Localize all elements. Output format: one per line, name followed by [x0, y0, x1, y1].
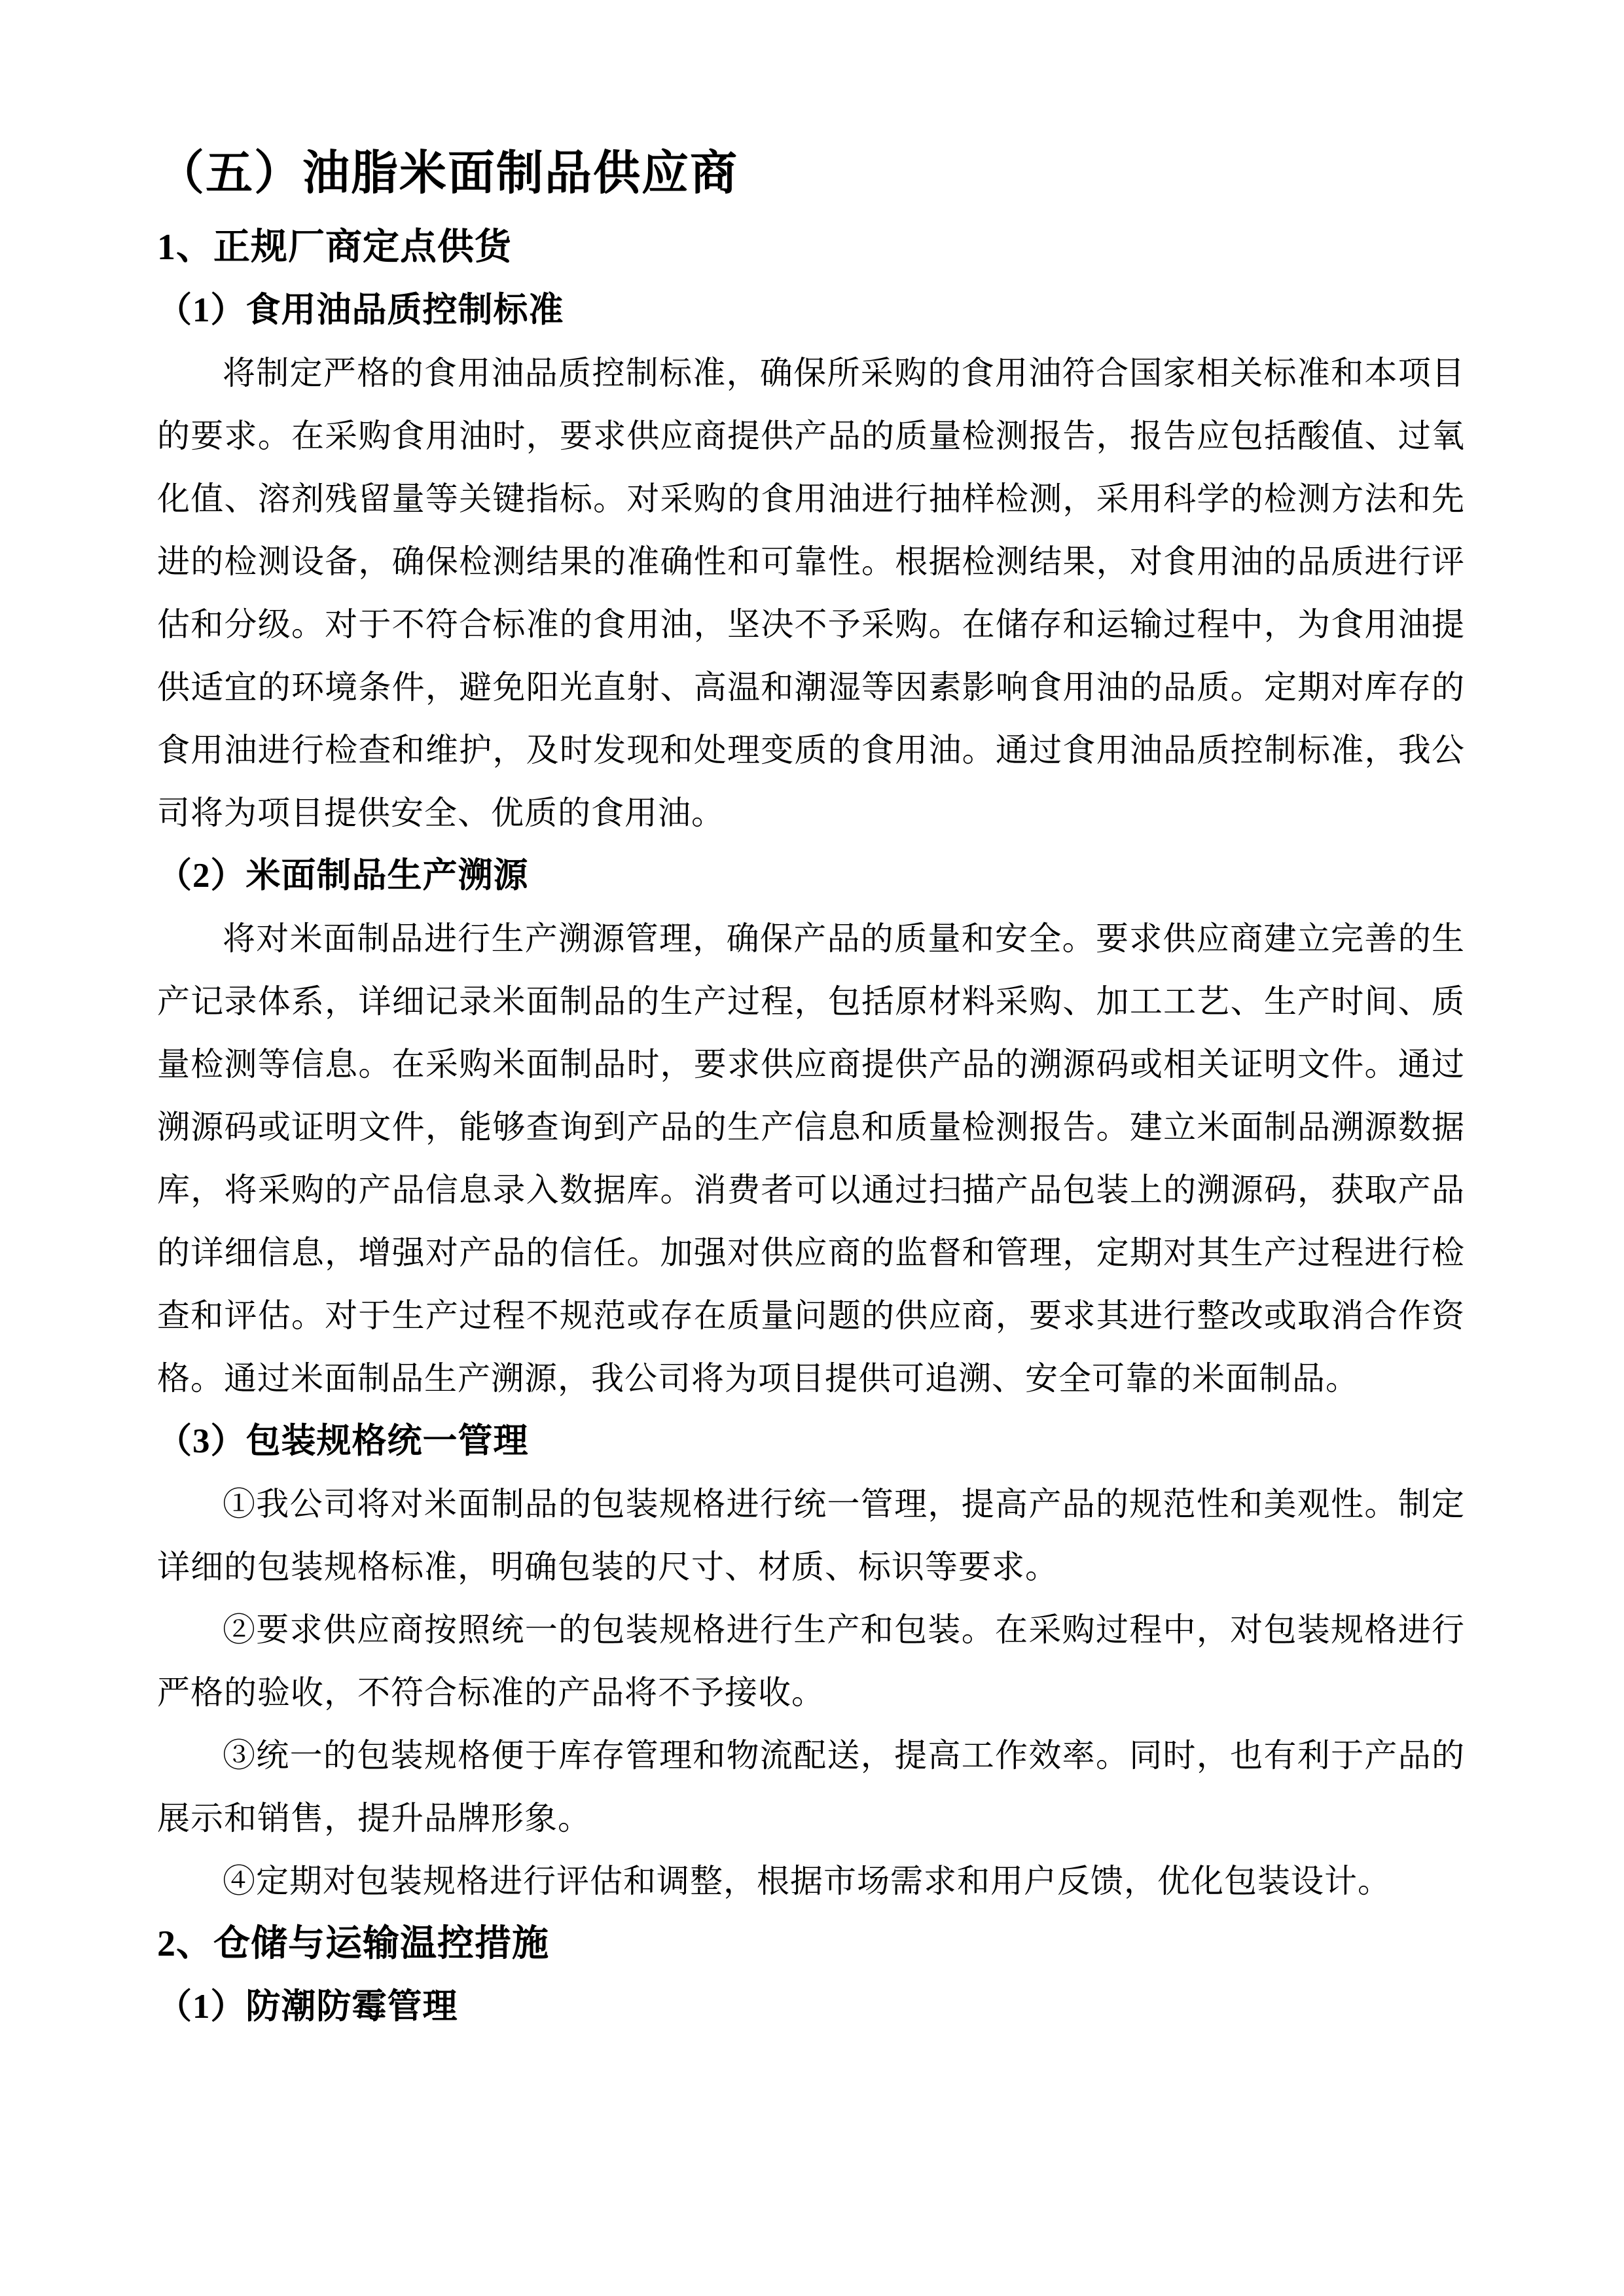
subsection-heading-oil-quality-standard: （1）食用油品质控制标准 [157, 279, 1465, 342]
paragraph-packaging-item-4: ④定期对包装规格进行评估和调整，根据市场需求和用户反馈，优化包装设计。 [157, 1850, 1465, 1912]
paragraph-packaging-item-3: ③统一的包装规格便于库存管理和物流配送，提高工作效率。同时，也有利于产品的展示和… [157, 1724, 1465, 1850]
document-title: （五）油脂米面制品供应商 [157, 131, 1465, 216]
paragraph-oil-quality-standard: 将制定严格的食用油品质控制标准，确保所采购的食用油符合国家相关标准和本项目的要求… [157, 342, 1465, 844]
subsection-heading-packaging-spec-management: （3）包装规格统一管理 [157, 1410, 1465, 1473]
subsection-heading-moisture-mold-management: （1）防潮防霉管理 [157, 1975, 1465, 2038]
section-heading-regular-supply: 1、正规厂商定点供货 [157, 216, 1465, 279]
paragraph-packaging-item-1: ①我公司将对米面制品的包装规格进行统一管理，提高产品的规范性和美观性。制定详细的… [157, 1473, 1465, 1598]
document-body: 1、正规厂商定点供货 （1）食用油品质控制标准 将制定严格的食用油品质控制标准，… [157, 216, 1465, 2038]
paragraph-packaging-item-2: ②要求供应商按照统一的包装规格进行生产和包装。在采购过程中，对包装规格进行严格的… [157, 1598, 1465, 1724]
document-page: （五）油脂米面制品供应商 1、正规厂商定点供货 （1）食用油品质控制标准 将制定… [0, 0, 1624, 2296]
section-heading-storage-transport-temperature: 2、仓储与运输温控措施 [157, 1912, 1465, 1975]
subsection-heading-rice-flour-traceability: （2）米面制品生产溯源 [157, 844, 1465, 907]
paragraph-rice-flour-traceability: 将对米面制品进行生产溯源管理，确保产品的质量和安全。要求供应商建立完善的生产记录… [157, 907, 1465, 1410]
